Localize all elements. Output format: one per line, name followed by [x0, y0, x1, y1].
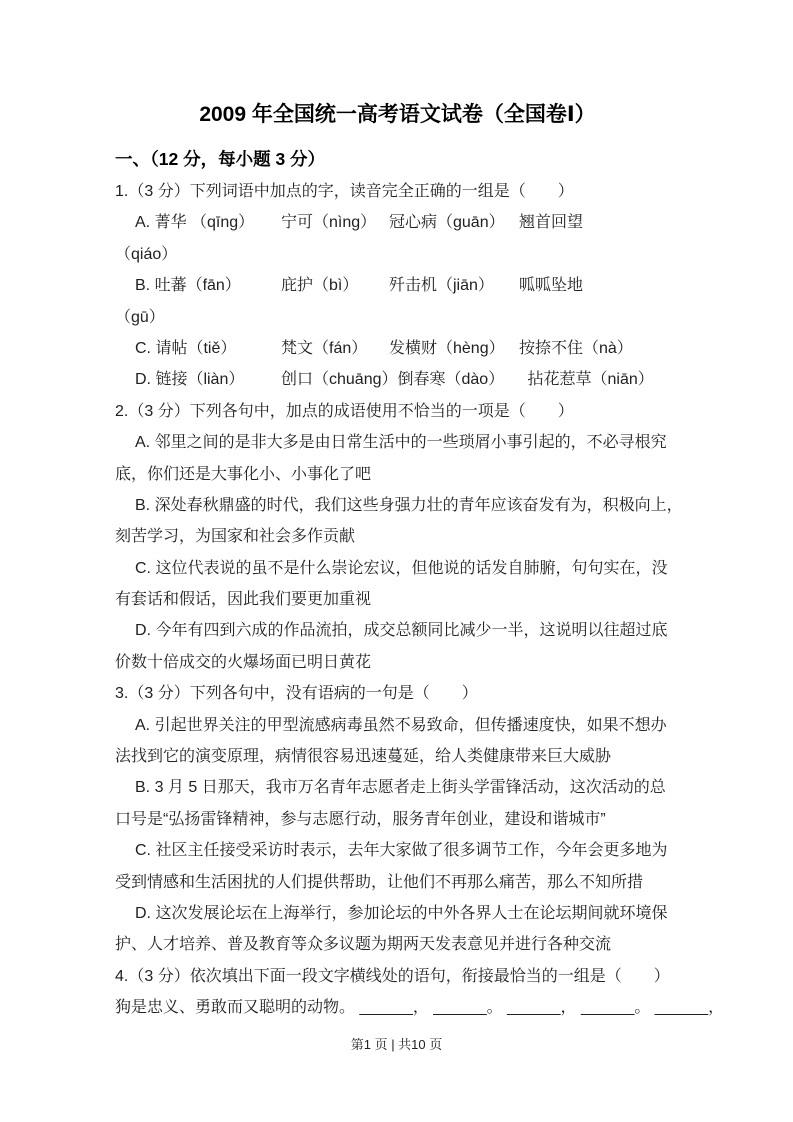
page-title: 2009 年全国统一高考语文试卷（全国卷Ⅰ） [115, 100, 680, 130]
option-item: 创口（chuāng） [281, 364, 398, 395]
question-2-option-d: D. 今年有四到六成的作品流拍，成交总额同比减少一半，这说明以往超过底 [115, 615, 680, 646]
section-heading: 一、（12 分，每小题 3 分） [115, 143, 680, 176]
question-2-option-d-continuation: 价数十倍成交的火爆场面已明日黄花 [115, 647, 680, 678]
option-item: 宁可（nìng） [281, 207, 389, 238]
option-item: 呱呱坠地 [519, 270, 680, 301]
option-item: D. 链接（liàn） [135, 364, 281, 395]
question-1-option-a-row: A. 菁华 （qīng） 宁可（nìng） 冠心病（guān） 翘首回望 [115, 207, 680, 238]
option-item: 拈花惹草（niān） [528, 364, 681, 395]
question-4-fill-blank-sentence: 狗是忠义、勇敢而又聪明的动物。 ______， ______。 ______， … [115, 992, 680, 1023]
option-item: 歼击机（jiān） [389, 270, 519, 301]
question-2-option-a: A. 邻里之间的是非大多是由日常生活中的一些琐屑小事引起的，不必寻根究 [115, 427, 680, 458]
question-3-stem: 3.（3 分）下列各句中，没有语病的一句是（ ） [115, 678, 680, 709]
question-1-option-a-continuation: （qiáo） [115, 239, 680, 270]
option-item: B. 吐蕃（fān） [135, 270, 281, 301]
question-1-option-d-row: D. 链接（liàn） 创口（chuāng） 倒春寒（dào） 拈花惹草（niā… [115, 364, 680, 395]
option-item: 冠心病（guān） [389, 207, 519, 238]
option-item: 按捺不住（nà） [519, 333, 680, 364]
page-indicator: 第1 页 | 共10 页 [351, 1037, 443, 1052]
question-3-option-b: B. 3 月 5 日那天，我市万名青年志愿者走上街头学雷锋活动，这次活动的总 [115, 772, 680, 803]
question-3-option-c-continuation: 受到情感和生活困扰的人们提供帮助，让他们不再那么痛苦，那么不知所措 [115, 867, 680, 898]
page-content: 2009 年全国统一高考语文试卷（全国卷Ⅰ） 一、（12 分，每小题 3 分） … [115, 100, 680, 1024]
question-2-option-c: C. 这位代表说的虽不是什么崇论宏议，但他说的话发自肺腑，句句实在，没 [115, 553, 680, 584]
document-page: 2009 年全国统一高考语文试卷（全国卷Ⅰ） 一、（12 分，每小题 3 分） … [0, 0, 793, 1122]
question-2-option-b-continuation: 刻苦学习，为国家和社会多作贡献 [115, 521, 680, 552]
question-2-option-c-continuation: 有套话和假话，因此我们要更加重视 [115, 584, 680, 615]
question-2-option-b: B. 深处春秋鼎盛的时代，我们这些身强力壮的青年应该奋发有为，积极向上， [115, 490, 680, 521]
question-3-option-d: D. 这次发展论坛在上海举行，参加论坛的中外各界人士在论坛期间就环境保 [115, 898, 680, 929]
question-1-option-b-row: B. 吐蕃（fān） 庇护（bì） 歼击机（jiān） 呱呱坠地 [115, 270, 680, 301]
question-2-option-a-continuation: 底，你们还是大事化小、小事化了吧 [115, 459, 680, 490]
question-1-option-c-row: C. 请帖（tiě） 梵文（fán） 发横财（hèng） 按捺不住（nà） [115, 333, 680, 364]
option-item: 梵文（fán） [281, 333, 389, 364]
option-item: A. 菁华 （qīng） [135, 207, 281, 238]
question-1-stem: 1.（3 分）下列词语中加点的字，读音完全正确的一组是（ ） [115, 176, 680, 207]
question-3-option-c: C. 社区主任接受采访时表示，去年大家做了很多调节工作，今年会更多地为 [115, 835, 680, 866]
question-2-stem: 2.（3 分）下列各句中，加点的成语使用不恰当的一项是（ ） [115, 396, 680, 427]
option-item: C. 请帖（tiě） [135, 333, 281, 364]
option-item: 发横财（hèng） [389, 333, 519, 364]
option-item: 翘首回望 [519, 207, 680, 238]
option-item: 倒春寒（dào） [398, 364, 528, 395]
question-3-option-a: A. 引起世界关注的甲型流感病毒虽然不易致命，但传播速度快，如果不想办 [115, 710, 680, 741]
question-3-option-b-continuation: 口号是“弘扬雷锋精神，参与志愿行动，服务青年创业，建设和谐城市” [115, 804, 680, 835]
question-3-option-d-continuation: 护、人才培养、普及教育等众多议题为期两天发表意见并进行各种交流 [115, 929, 680, 960]
question-4-stem: 4.（3 分）依次填出下面一段文字横线处的语句，衔接最恰当的一组是（ ） [115, 961, 680, 992]
question-1-option-b-continuation: （gū） [115, 302, 680, 333]
option-item: 庇护（bì） [281, 270, 389, 301]
question-3-option-a-continuation: 法找到它的演变原理，病情很容易迅速蔓延，给人类健康带来巨大威胁 [115, 741, 680, 772]
page-footer: 第1 页 | 共10 页 [0, 1034, 793, 1053]
